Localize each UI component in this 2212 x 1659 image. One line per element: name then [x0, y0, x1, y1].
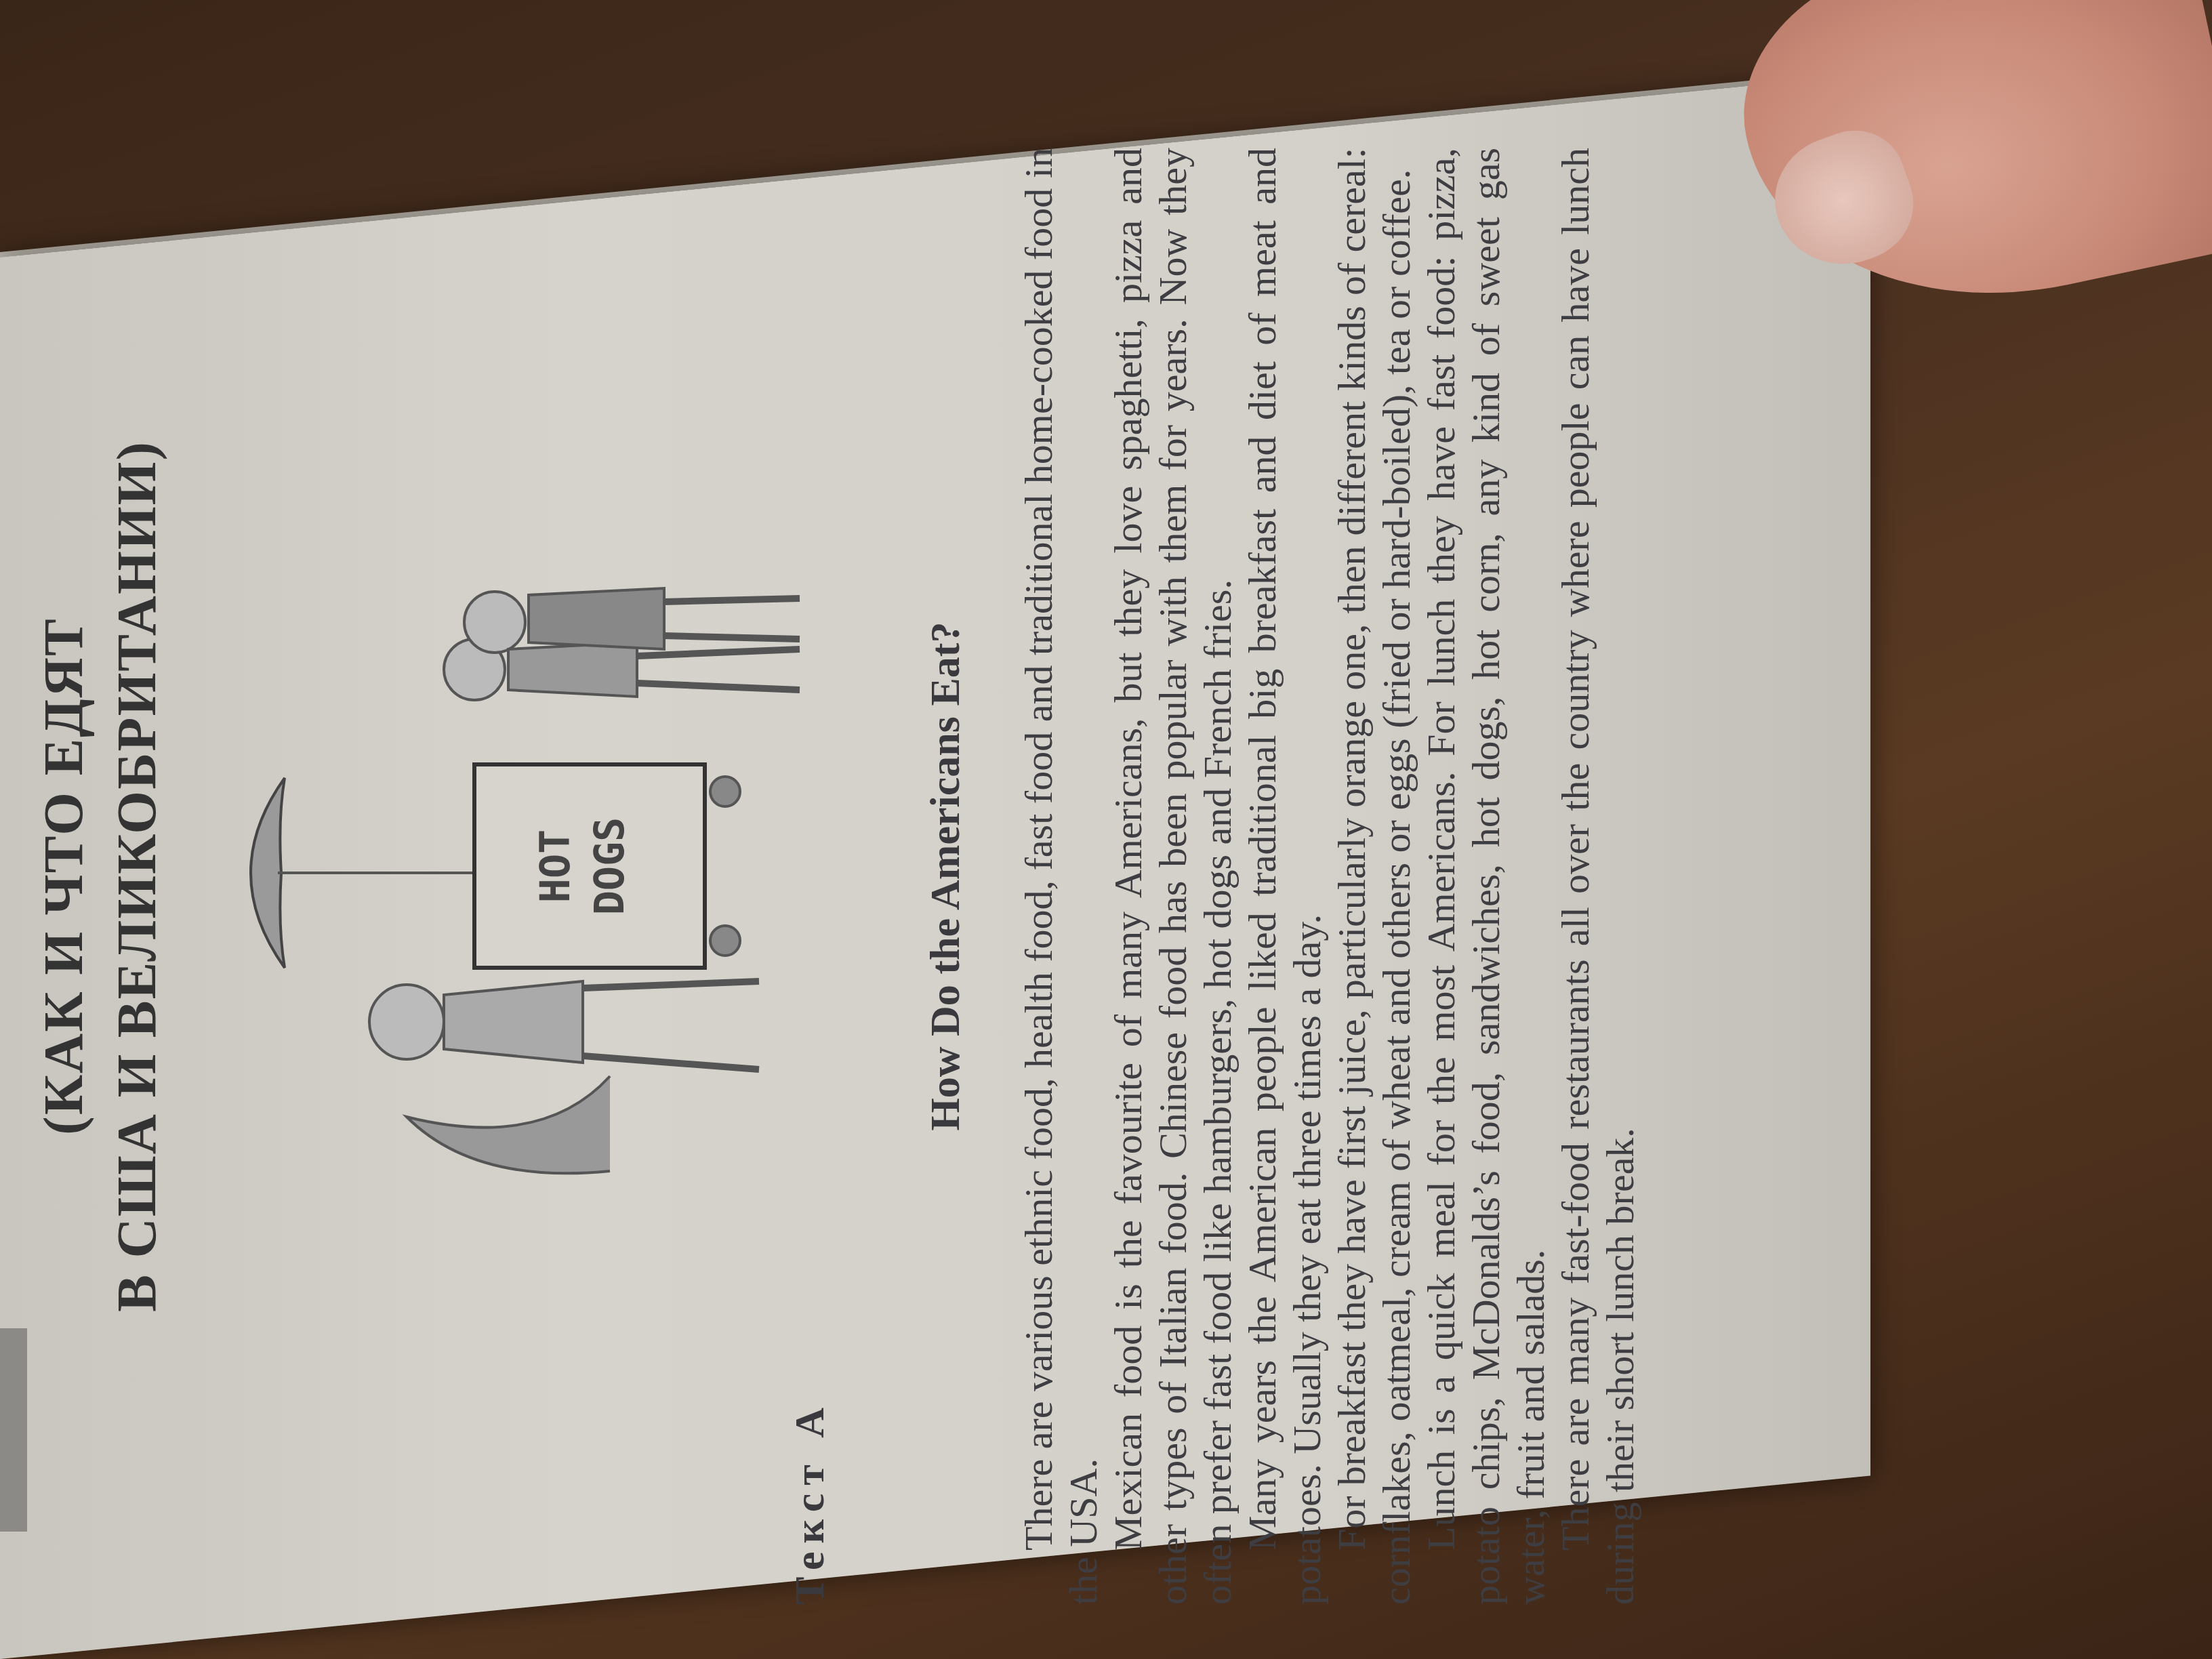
paragraph: For breakfast they have first juice, par…	[1330, 148, 1419, 1605]
article-body: There are various ethnic food, health fo…	[1017, 148, 1643, 1605]
page-content: (КАК И ЧТО ЕДЯТ В США И ВЕЛИКОБРИТАНИИ)	[0, 100, 1830, 1659]
chapter-title-line-2: В США И ВЕЛИКОБРИТАНИИ)	[100, 148, 173, 1605]
paragraph: There are various ethnic food, health fo…	[1017, 148, 1106, 1605]
cart-sign-hot: HOT	[532, 829, 579, 903]
paragraph: Mexican food is the favourite of many Am…	[1106, 148, 1240, 1605]
paragraph: Lunch is a quick meal for the most Ameri…	[1419, 148, 1553, 1605]
paragraph: There are many fast-food restaurants all…	[1553, 148, 1643, 1605]
cart-sign-dogs: DOGS	[586, 817, 634, 916]
paragraph: Many years the American people liked tra…	[1240, 148, 1330, 1605]
chapter-title: (КАК И ЧТО ЕДЯТ В США И ВЕЛИКОБРИТАНИИ)	[27, 148, 173, 1605]
section-label: Текст А	[786, 1399, 834, 1605]
hot-dog-vendor-illustration: HOT DOGS	[203, 439, 888, 1252]
article-heading: How Do the Americans Eat?	[922, 148, 970, 1605]
chapter-title-line-1: (КАК И ЧТО ЕДЯТ	[27, 148, 100, 1605]
